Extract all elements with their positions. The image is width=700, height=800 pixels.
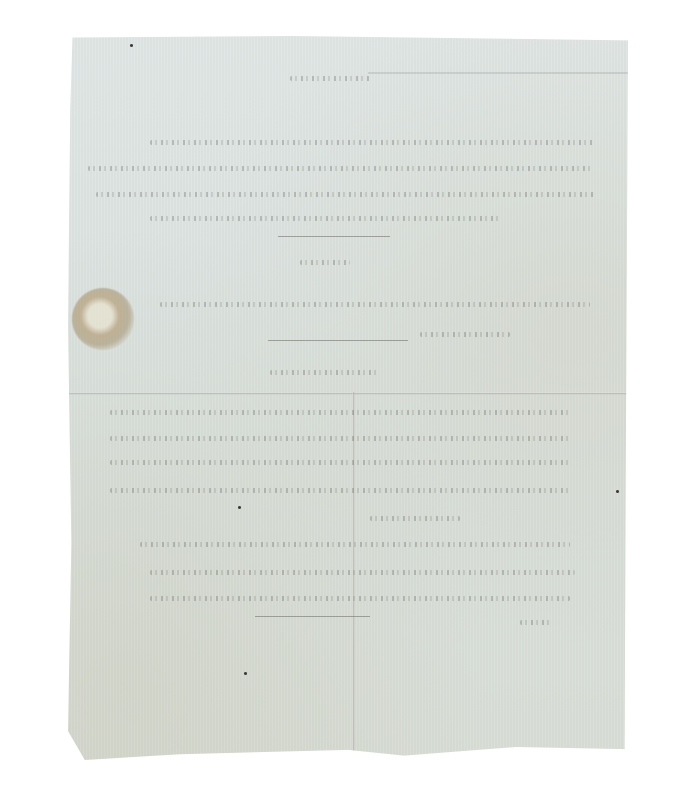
handwritten-line: [illegible handwriting] bbox=[150, 212, 500, 213]
handwritten-line: [illegible] bbox=[300, 256, 350, 257]
handwritten-line: [illegible handwriting] bbox=[96, 188, 596, 189]
handwritten-line: [illegible handwriting] bbox=[160, 298, 590, 299]
handwritten-line: [illegible handwriting] bbox=[150, 136, 595, 137]
handwritten-line: [illegible handwriting] bbox=[150, 566, 575, 567]
handwritten-line: [illegible handwriting] bbox=[370, 512, 460, 513]
handwritten-line: [illegible] bbox=[290, 72, 370, 73]
ink-speck bbox=[238, 506, 241, 509]
handwritten-line: [illegible handwriting] bbox=[88, 162, 593, 163]
handwritten-line: [illegible handwriting] bbox=[420, 328, 510, 329]
ink-speck bbox=[244, 672, 247, 675]
handwritten-line: [illegible handwriting] bbox=[140, 538, 570, 539]
handwritten-line: [illegible handwriting] bbox=[110, 406, 570, 407]
horizontal-fold-crease bbox=[68, 392, 628, 395]
manuscript-page: [illegible][illegible handwriting][illeg… bbox=[68, 36, 628, 760]
handwritten-line: [illegible] bbox=[270, 366, 380, 367]
underline-rule bbox=[255, 616, 370, 617]
handwritten-line: [illegible handwriting] bbox=[150, 592, 570, 593]
seal-stain bbox=[72, 288, 134, 350]
handwritten-line: [illegible] bbox=[520, 616, 550, 617]
top-fold-crease bbox=[368, 72, 628, 74]
ink-speck bbox=[616, 490, 619, 493]
vertical-fold-crease bbox=[352, 392, 355, 760]
handwritten-line: [illegible handwriting] bbox=[110, 456, 570, 457]
handwritten-line: [illegible handwriting] bbox=[110, 432, 570, 433]
underline-rule bbox=[268, 340, 408, 341]
ink-speck bbox=[130, 44, 133, 47]
underline-rule bbox=[278, 236, 390, 237]
handwritten-line: [illegible handwriting] bbox=[110, 484, 570, 485]
